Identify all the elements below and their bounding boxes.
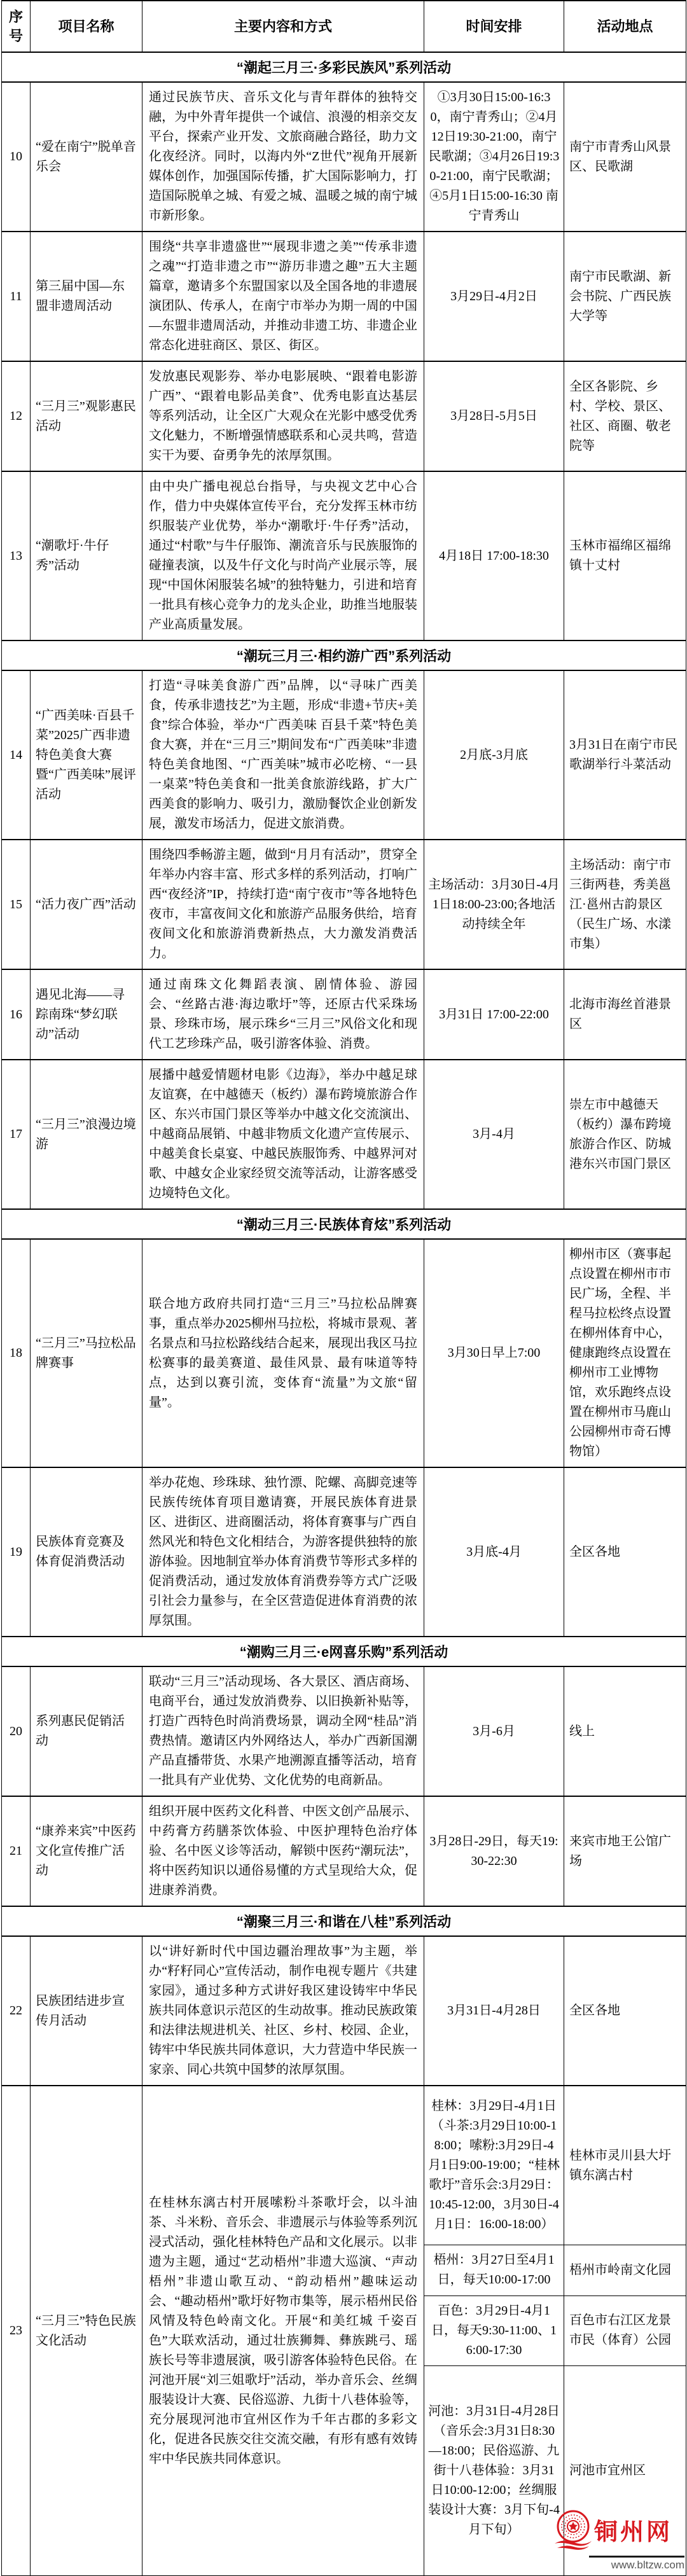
section-header-row: “潮动三月三·民族体育炫”系列活动 [2,1209,686,1239]
table-row: 12 “三月三”观影惠民活动 发放惠民观影券、举办电影展映、“跟着电影游广西”、… [2,361,686,471]
time-cell: 3月31日 17:00-22:00 [424,969,564,1060]
project-name-cell: 第三届中国—东盟非遗周活动 [31,232,142,361]
content-cell: 联动“三月三”活动现场、各大景区、酒店商场、电商平台，通过发放消费券、以旧换新补… [142,1666,424,1796]
column-header-location: 活动地点 [564,1,686,52]
location-cell: 南宁市青秀山风景区、民歌湖 [564,82,686,232]
content-cell: 联合地方政府共同打造“三月三”马拉松品牌赛事，重点举办2025柳州马拉松，将城市… [142,1239,424,1467]
section-header-row: “潮玩三月三·相约游广西”系列活动 [2,641,686,670]
row-number-cell: 13 [2,471,31,641]
project-name-cell: “三月三”浪漫边境游 [31,1060,142,1209]
content-cell: 通过民族节庆、音乐文化与青年群体的独特交融，为中外青年提供一个诚信、浪漫的相亲交… [142,82,424,232]
content-cell: 组织开展中医药文化科普、中医文创产品展示、中药膏方药膳茶饮体验、中医护理特色治疗… [142,1796,424,1906]
project-name-cell: “康养来宾”中医药文化宣传推广活动 [31,1796,142,1906]
time-cell: 3月-4月 [424,1060,564,1209]
table-row: 14 “广西美味·百县千菜”2025广西非遗特色美食大赛暨“广西美味”展评活动 … [2,670,686,840]
location-cell: 北海市海丝首港景区 [564,969,686,1060]
project-name-cell: “爱在南宁”脱单音乐会 [31,82,142,232]
table-row: 22 民族团结进步宣传月活动 以“讲好新时代中国边疆治理故事”为主题，举办“籽籽… [2,1936,686,2086]
time-cell: 3月-6月 [424,1666,564,1796]
location-cell: 线上 [564,1666,686,1796]
row-number-cell: 23 [2,2086,31,2575]
table-row: 23 “三月三”特色民族文化活动 在桂林东漓古村开展嗦粉斗茶歌圩会，以斗油茶、斗… [2,2086,686,2245]
content-cell: 围绕“共享非遗盛世”“展现非遗之美”“传承非遗之魂”“打造非遗之市”“游历非遗之… [142,232,424,361]
location-cell-guilin: 桂林市灵川县大圩镇东漓古村 [564,2086,686,2245]
time-cell: 2月底-3月底 [424,670,564,840]
table-row: 10 “爱在南宁”脱单音乐会 通过民族节庆、音乐文化与青年群体的独特交融，为中外… [2,82,686,232]
location-cell: 南宁市民歌湖、新会书院、广西民族大学等 [564,232,686,361]
table-row: 16 遇见北海——寻踪南珠“梦幻联动”活动 通过南珠文化舞蹈表演、剧情体验、游园… [2,969,686,1060]
row-number-cell: 12 [2,361,31,471]
project-name-cell: 民族团结进步宣传月活动 [31,1936,142,2086]
row-number-cell: 19 [2,1467,31,1637]
time-cell: 3月28日-29日，每天19:30-22:30 [424,1796,564,1906]
content-cell: 在桂林东漓古村开展嗦粉斗茶歌圩会，以斗油茶、斗米粉、音乐会、非遗展示与体验等系列… [142,2086,424,2575]
content-cell: 围绕四季畅游主题，做到“月月有活动”，贯穿全年举办内容丰富、形式多样的系列活动，… [142,840,424,969]
content-cell: 以“讲好新时代中国边疆治理故事”为主题，举办“籽籽同心”宣传活动，制作电视专题片… [142,1936,424,2086]
row-number-cell: 20 [2,1666,31,1796]
section-title: “潮动三月三·民族体育炫”系列活动 [2,1209,686,1239]
section-header-row: “潮聚三月三·和谐在八桂”系列活动 [2,1906,686,1936]
section-header-row: “潮购三月三·e网喜乐购”系列活动 [2,1637,686,1666]
content-cell: 发放惠民观影券、举办电影展映、“跟着电影游广西”、“跟着电影品美食”、优秀电影直… [142,361,424,471]
time-cell-baise: 百色：3月29日-4月1日，每天9:30-11:00、16:00-17:30 [424,2296,564,2365]
column-header-name: 项目名称 [31,1,142,52]
table-header-row: 序号 项目名称 主要内容和方式 时间安排 活动地点 [2,1,686,52]
section-title: “潮起三月三·多彩民族风”系列活动 [2,52,686,82]
row-number-cell: 18 [2,1239,31,1467]
activity-schedule-table: 序号 项目名称 主要内容和方式 时间安排 活动地点 “潮起三月三·多彩民族风”系… [1,0,686,2576]
time-cell: 3月30日早上7:00 [424,1239,564,1467]
section-title: “潮玩三月三·相约游广西”系列活动 [2,641,686,670]
location-cell: 全区各地 [564,1936,686,2086]
site-url: www.bltzw.com [553,2559,684,2572]
project-name-cell: “三月三”马拉松品牌赛事 [31,1239,142,1467]
row-number-cell: 15 [2,840,31,969]
project-name-cell: “三月三”观影惠民活动 [31,361,142,471]
project-name-cell: “活力夜广西”活动 [31,840,142,969]
table-row: 17 “三月三”浪漫边境游 展播中越爱情题材电影《边海》，举办中越足球友谊赛，在… [2,1060,686,1209]
table-row: 11 第三届中国—东盟非遗周活动 围绕“共享非遗盛世”“展现非遗之美”“传承非遗… [2,232,686,361]
location-cell: 全区各地 [564,1467,686,1637]
content-cell: 举办花炮、珍珠球、独竹漂、陀螺、高脚竞速等民族传统体育项目邀请赛，开展民族体育进… [142,1467,424,1637]
table-row: 18 “三月三”马拉松品牌赛事 联合地方政府共同打造“三月三”马拉松品牌赛事，重… [2,1239,686,1467]
location-cell: 玉林市福绵区福绵镇十丈村 [564,471,686,641]
table-row: 21 “康养来宾”中医药文化宣传推广活动 组织开展中医药文化科普、中医文创产品展… [2,1796,686,1906]
row-number-cell: 17 [2,1060,31,1209]
site-logo-seal-icon [553,2509,593,2554]
project-name-cell: “三月三”特色民族文化活动 [31,2086,142,2575]
content-cell: 打造“寻味美食游广西”品牌，以“寻味广西美食，传承非遗技艺”为主题，形成“非遗+… [142,670,424,840]
column-header-content: 主要内容和方式 [142,1,424,52]
column-header-time: 时间安排 [424,1,564,52]
column-header-no: 序号 [2,1,31,52]
table-row: 13 “潮歌圩·牛仔秀”活动 由中央广播电视总台指导，与央视文艺中心合作，借力中… [2,471,686,641]
project-name-cell: 系列惠民促销活动 [31,1666,142,1796]
location-cell: 来宾市地王公馆广场 [564,1796,686,1906]
row-number-cell: 21 [2,1796,31,1906]
time-cell-wuzhou: 梧州：3月27日至4月1日，每天10:00-17:00 [424,2245,564,2296]
time-cell-hechi: 河池：3月31日-4月28日（音乐会:3月31日8:30—18:00；民俗巡游、… [424,2365,564,2575]
row-number-cell: 11 [2,232,31,361]
content-cell: 通过南珠文化舞蹈表演、剧情体验、游园会、“丝路古港·海边歌圩”等，还原古代采珠场… [142,969,424,1060]
content-cell: 由中央广播电视总台指导，与央视文艺中心合作，借力中央媒体宣传平台，充分发挥玉林市… [142,471,424,641]
location-cell: 3月31日在南宁市民歌湖举行斗菜活动 [564,670,686,840]
section-header-row: “潮起三月三·多彩民族风”系列活动 [2,52,686,82]
time-cell: 3月31日-4月28日 [424,1936,564,2086]
site-name: 铜州网 [594,2520,672,2544]
watermark-divider [589,2556,684,2558]
location-cell-wuzhou: 梧州市岭南文化园 [564,2245,686,2296]
project-name-cell: “潮歌圩·牛仔秀”活动 [31,471,142,641]
location-cell-baise: 百色市右江区龙景市民（体育）公园 [564,2296,686,2365]
row-number-cell: 10 [2,82,31,232]
project-name-cell: “广西美味·百县千菜”2025广西非遗特色美食大赛暨“广西美味”展评活动 [31,670,142,840]
schedule-page: 序号 项目名称 主要内容和方式 时间安排 活动地点 “潮起三月三·多彩民族风”系… [0,0,687,2576]
time-cell: 3月底-4月 [424,1467,564,1637]
content-cell: 展播中越爱情题材电影《边海》，举办中越足球友谊赛，在中越德天（板约）瀑布跨境旅游… [142,1060,424,1209]
location-cell: 主场活动：南宁市三街两巷，秀美邕江·邕州古韵景区（民生广场、水漾市集） [564,840,686,969]
time-cell: 3月28日-5月5日 [424,361,564,471]
time-cell-guilin: 桂林：3月29日-4月1日（斗茶:3月29日10:00-18:00；嗦粉:3月2… [424,2086,564,2245]
table-row: 20 系列惠民促销活动 联动“三月三”活动现场、各大景区、酒店商场、电商平台，通… [2,1666,686,1796]
section-title: “潮聚三月三·和谐在八桂”系列活动 [2,1906,686,1936]
row-number-cell: 16 [2,969,31,1060]
table-row: 15 “活力夜广西”活动 围绕四季畅游主题，做到“月月有活动”，贯穿全年举办内容… [2,840,686,969]
section-title: “潮购三月三·e网喜乐购”系列活动 [2,1637,686,1666]
project-name-cell: 遇见北海——寻踪南珠“梦幻联动”活动 [31,969,142,1060]
location-cell: 柳州市区（赛事起点设置在柳州市市民广场，全程、半程马拉松终点设置在柳州体育中心，… [564,1239,686,1467]
table-row: 19 民族体育竞赛及体育促消费活动 举办花炮、珍珠球、独竹漂、陀螺、高脚竞速等民… [2,1467,686,1637]
row-number-cell: 22 [2,1936,31,2086]
time-cell: 4月18日 17:00-18:30 [424,471,564,641]
row-number-cell: 14 [2,670,31,840]
location-cell: 全区各影院、乡村、学校、景区、社区、商圈、敬老院等 [564,361,686,471]
time-cell: 主场活动：3月30日-4月1日18:00-23:00;各地活动持续全年 [424,840,564,969]
site-watermark: 铜州网 www.bltzw.com [553,2509,684,2572]
time-cell: ①3月30日15:00-16:30，南宁青秀山；②4月12日19:30-21:0… [424,82,564,232]
time-cell: 3月29日-4月2日 [424,232,564,361]
location-cell: 崇左市中越德天（板约）瀑布跨境旅游合作区、防城港东兴市国门景区 [564,1060,686,1209]
project-name-cell: 民族体育竞赛及体育促消费活动 [31,1467,142,1637]
